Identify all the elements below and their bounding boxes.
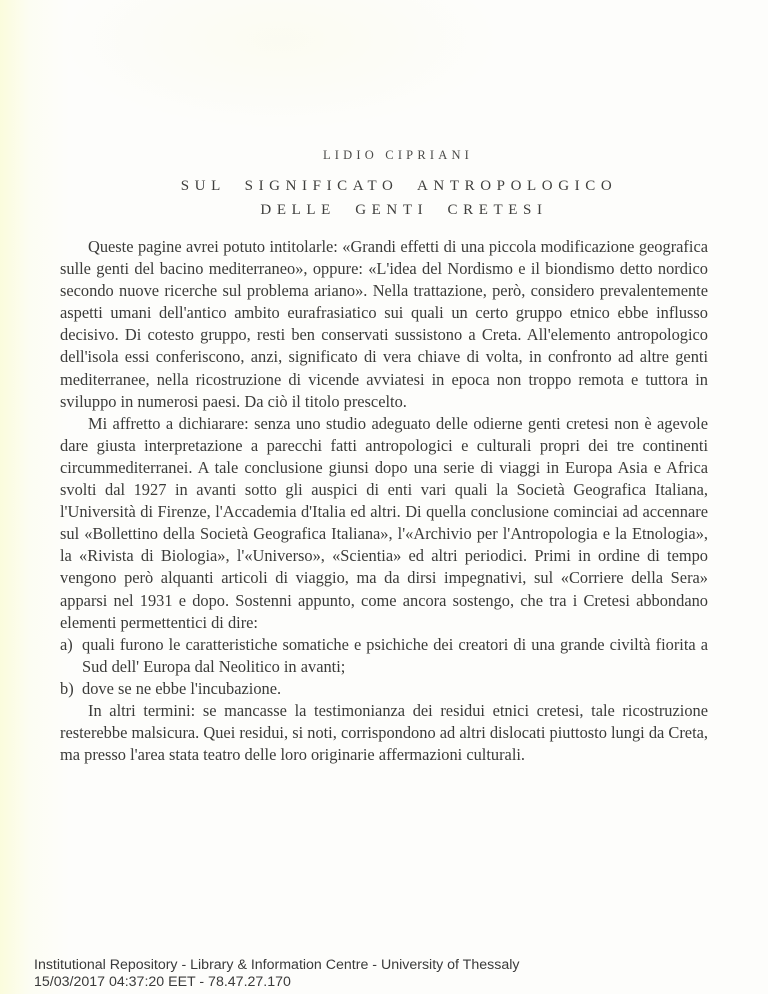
article-body: Queste pagine avrei potuto intitolarle: … <box>60 236 708 766</box>
scanned-page: LIDIO CIPRIANI SUL SIGNIFICATO ANTROPOLO… <box>0 0 768 994</box>
title-line-2: DELLE GENTI CRETESI <box>0 202 768 219</box>
list-marker: b) <box>60 678 74 700</box>
paragraph-3: In altri termini: se mancasse la testimo… <box>60 700 708 766</box>
footer-repository-line: Institutional Repository - Library & Inf… <box>34 957 519 974</box>
footer-timestamp-line: 15/03/2017 04:37:20 EET - 78.47.27.170 <box>34 974 519 991</box>
list-item-b: b) dove se ne ebbe l'incubazione. <box>60 678 708 700</box>
title-line-1: SUL SIGNIFICATO ANTROPOLOGICO <box>0 178 768 195</box>
paragraph-1: Queste pagine avrei potuto intitolarle: … <box>60 236 708 413</box>
list-item-text: dove se ne ebbe l'incubazione. <box>82 679 281 698</box>
list-marker: a) <box>60 634 73 656</box>
author-name: LIDIO CIPRIANI <box>0 148 768 163</box>
list-item-text: quali furono le caratteristiche somatich… <box>82 635 708 676</box>
list-item-a: a) quali furono le caratteristiche somat… <box>60 634 708 678</box>
paragraph-2: Mi affretto a dichiarare: senza uno stud… <box>60 413 708 634</box>
repository-footer: Institutional Repository - Library & Inf… <box>34 957 519 991</box>
